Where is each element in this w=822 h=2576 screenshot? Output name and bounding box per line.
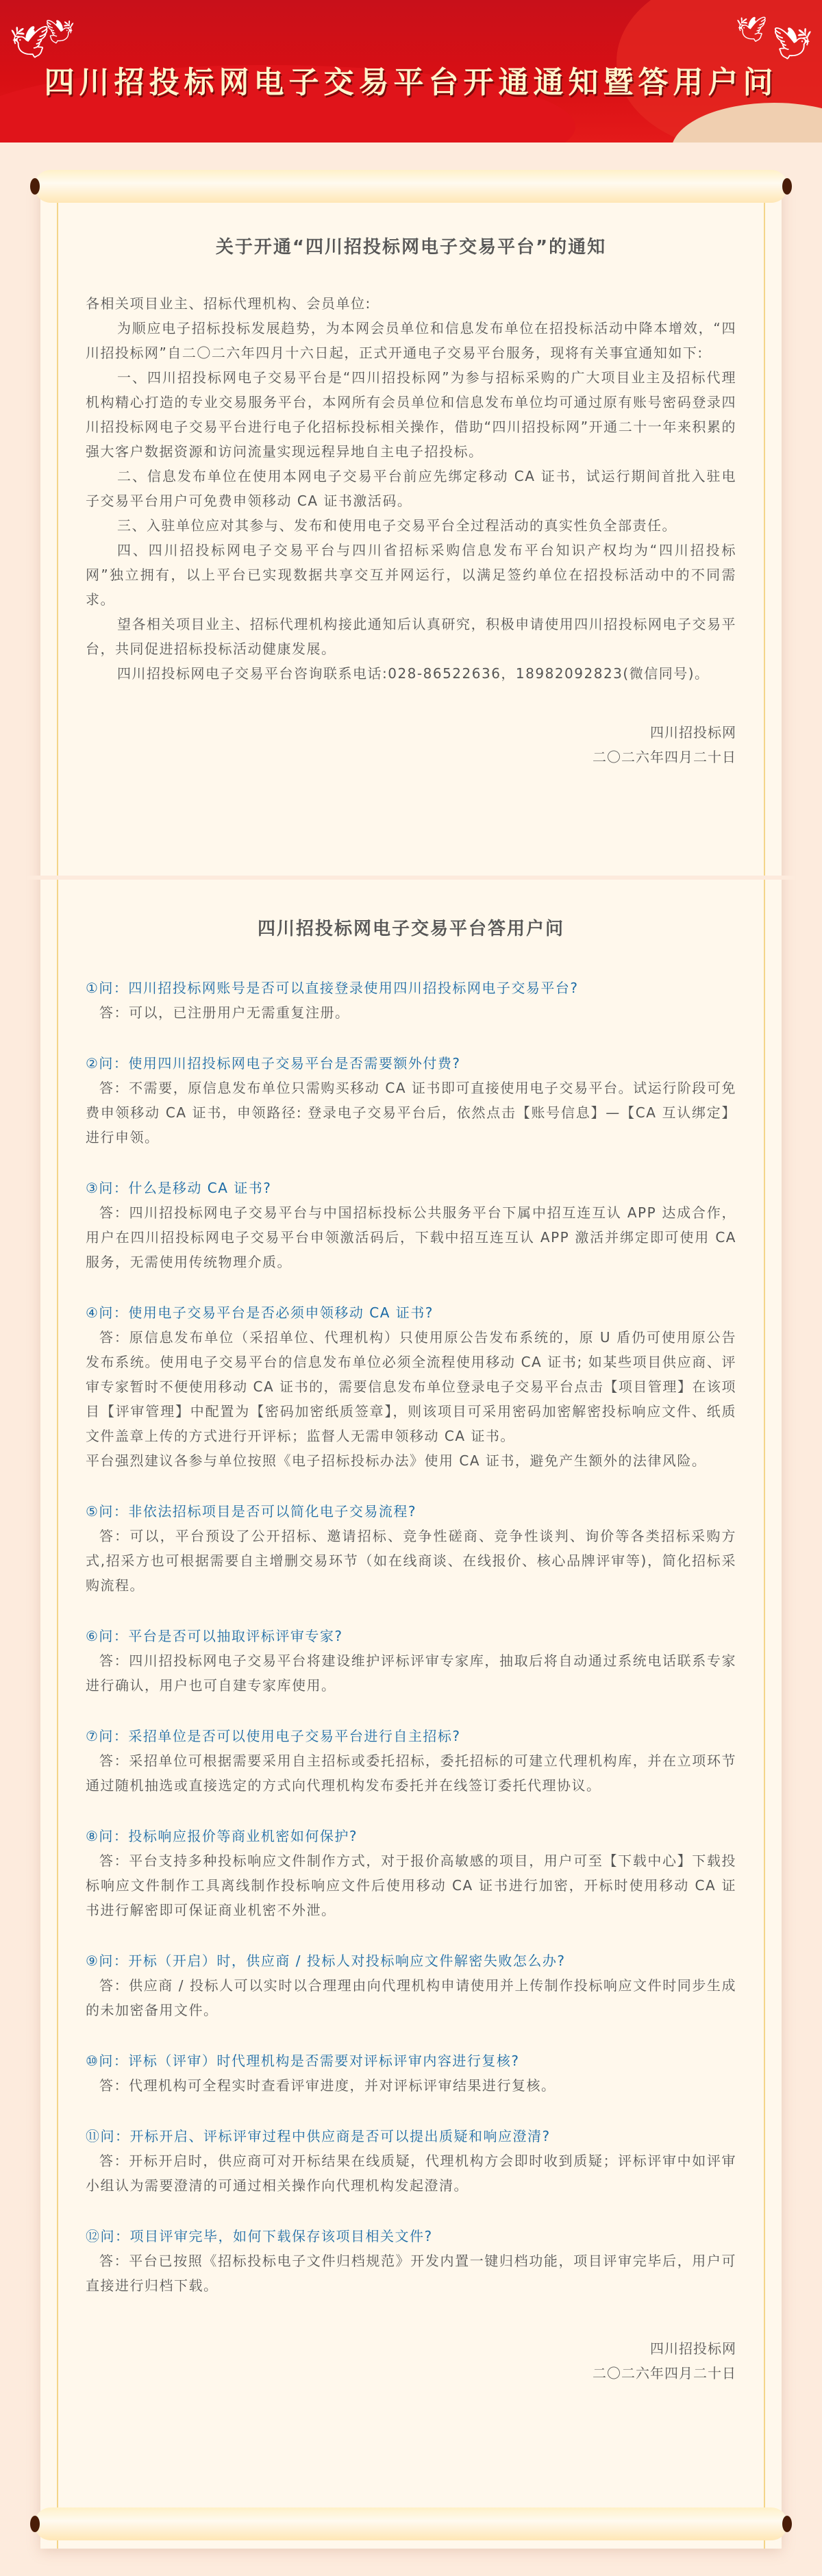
faq-answer: 答：不需要，原信息发布单位只需购买移动 CA 证书即可直接使用电子交易平台。试运… xyxy=(86,1076,736,1150)
faq-item: ①问：四川招投标网账号是否可以直接登录使用四川招投标网电子交易平台? 答：可以，… xyxy=(86,976,736,1025)
faq-answer: 答：代理机构可全程实时查看评审进度，并对评标评审结果进行复核。 xyxy=(86,2073,736,2098)
faq-title: 四川招投标网电子交易平台答用户问 xyxy=(86,915,736,940)
faq-question: ⑧问：投标响应报价等商业机密如何保护? xyxy=(86,1824,736,1848)
notice-paragraph: 二、信息发布单位在使用本网电子交易平台前应先绑定移动 CA 证书，试运行期间首批… xyxy=(86,464,736,513)
faq-answer: 答：开标开启时，供应商可对开标结果在线质疑，代理机构方会即时收到质疑；评标评审中… xyxy=(86,2148,736,2198)
faq-question: ⑨问：开标（开启）时，供应商 / 投标人对投标响应文件解密失败怎么办? xyxy=(86,1948,736,1973)
dove-icon: 🕊 xyxy=(45,21,75,44)
faq-signature: 四川招投标网 xyxy=(86,2336,736,2361)
faq-item: ⑥问：平台是否可以抽取评标评审专家? 答：四川招投标网电子交易平台将建设维护评标… xyxy=(86,1624,736,1698)
faq-item: ⑨问：开标（开启）时，供应商 / 投标人对投标响应文件解密失败怎么办? 答：供应… xyxy=(86,1948,736,2022)
faq-answer: 答：原信息发布单位（采招单位、代理机构）只使用原公告发布系统的，原 U 盾仍可使… xyxy=(86,1325,736,1448)
scroll-border-line xyxy=(57,185,58,2549)
faq-question: ⑥问：平台是否可以抽取评标评审专家? xyxy=(86,1624,736,1648)
faq-answer: 答：平台已按照《招标投标电子文件归档规范》开发内置一键归档功能，项目评审完毕后，… xyxy=(86,2249,736,2298)
scroll-roller-top xyxy=(34,170,788,203)
faq-question: ⑪问：开标开启、评标评审过程中供应商是否可以提出质疑和响应澄清? xyxy=(86,2124,736,2148)
faq-answer: 答：可以，已注册用户无需重复注册。 xyxy=(86,1000,736,1025)
roller-knob xyxy=(30,2516,40,2532)
notice-contact: 四川招投标网电子交易平台咨询联系电话:028-86522636，18982092… xyxy=(86,661,736,686)
roller-knob xyxy=(782,178,792,195)
faq-item: ⑪问：开标开启、评标评审过程中供应商是否可以提出质疑和响应澄清? 答：开标开启时… xyxy=(86,2124,736,2198)
faq-question: ⑤问：非依法招标项目是否可以简化电子交易流程? xyxy=(86,1499,736,1524)
faq-question: ③问：什么是移动 CA 证书? xyxy=(86,1176,736,1200)
scroll-roller-bottom xyxy=(34,2507,788,2540)
faq-question: ⑦问：采招单位是否可以使用电子交易平台进行自主招标? xyxy=(86,1724,736,1748)
faq-item: ⑦问：采招单位是否可以使用电子交易平台进行自主招标? 答：采招单位可根据需要采用… xyxy=(86,1724,736,1798)
notice-paragraph: 四、四川招投标网电子交易平台与四川省招标采购信息发布平台知识产权均为“四川招投标… xyxy=(86,538,736,612)
notice-paragraph: 一、四川招投标网电子交易平台是“四川招投标网”为参与招标采购的广大项目业主及招标… xyxy=(86,365,736,464)
faq-date: 二〇二六年四月二十日 xyxy=(86,2361,736,2386)
faq-item: ⑫问：项目评审完毕，如何下载保存该项目相关文件? 答：平台已按照《招标投标电子文… xyxy=(86,2224,736,2298)
dove-icon: 🕊 xyxy=(736,18,767,42)
banner-title: 四川招投标网电子交易平台开通通知暨答用户问 xyxy=(0,58,822,101)
faq-answer: 答：供应商 / 投标人可以实时以合理理由向代理机构申请使用并上传制作投标响应文件… xyxy=(86,1973,736,2022)
faq-answer-note: 平台强烈建议各参与单位按照《电子招标投标办法》使用 CA 证书，避免产生额外的法… xyxy=(86,1448,736,1473)
header-banner: 🕊 🕊 🕊 🕊 四川招投标网电子交易平台开通通知暨答用户问 xyxy=(0,0,822,143)
notice-salutation: 各相关项目业主、招标代理机构、会员单位: xyxy=(86,291,736,316)
notice-title: 关于开通“四川招投标网电子交易平台”的通知 xyxy=(86,233,736,258)
faq-item: ⑩问：评标（评审）时代理机构是否需要对评标评审内容进行复核? 答：代理机构可全程… xyxy=(86,2048,736,2098)
notice-paragraph: 望各相关项目业主、招标代理机构接此通知后认真研究，积极申请使用四川招投标网电子交… xyxy=(86,612,736,661)
faq-question: ①问：四川招投标网账号是否可以直接登录使用四川招投标网电子交易平台? xyxy=(86,976,736,1000)
dove-icon: 🕊 xyxy=(773,27,812,59)
section-divider xyxy=(27,876,795,880)
faq-question: ⑩问：评标（评审）时代理机构是否需要对评标评审内容进行复核? xyxy=(86,2048,736,2073)
faq-answer: 答：平台支持多种投标响应文件制作方式，对于报价高敏感的项目，用户可至【下载中心】… xyxy=(86,1848,736,1922)
faq-answer: 答：采招单位可根据需要采用自主招标或委托招标，委托招标的可建立代理机构库，并在立… xyxy=(86,1748,736,1798)
faq-answer: 答：四川招投标网电子交易平台与中国招标投标公共服务平台下属中招互连互认 APP … xyxy=(86,1200,736,1274)
faq-item: ⑤问：非依法招标项目是否可以简化电子交易流程? 答：可以，平台预设了公开招标、邀… xyxy=(86,1499,736,1598)
faq-answer: 答：可以，平台预设了公开招标、邀请招标、竞争性磋商、竞争性谈判、询价等各类招标采… xyxy=(86,1524,736,1598)
notice-section: 关于开通“四川招投标网电子交易平台”的通知 各相关项目业主、招标代理机构、会员单… xyxy=(86,233,736,769)
roller-knob xyxy=(30,178,40,195)
faq-item: ③问：什么是移动 CA 证书? 答：四川招投标网电子交易平台与中国招标投标公共服… xyxy=(86,1176,736,1274)
notice-signature: 四川招投标网 xyxy=(86,720,736,745)
faq-answer: 答：四川招投标网电子交易平台将建设维护评标评审专家库，抽取后将自动通过系统电话联… xyxy=(86,1648,736,1698)
faq-question: ②问：使用四川招投标网电子交易平台是否需要额外付费? xyxy=(86,1051,736,1076)
faq-question: ④问：使用电子交易平台是否必须申领移动 CA 证书? xyxy=(86,1300,736,1325)
faq-item: ②问：使用四川招投标网电子交易平台是否需要额外付费? 答：不需要，原信息发布单位… xyxy=(86,1051,736,1150)
faq-section: 四川招投标网电子交易平台答用户问 ①问：四川招投标网账号是否可以直接登录使用四川… xyxy=(86,915,736,2386)
faq-item: ⑧问：投标响应报价等商业机密如何保护? 答：平台支持多种投标响应文件制作方式，对… xyxy=(86,1824,736,1922)
dove-icon: 🕊 xyxy=(10,26,49,58)
notice-paragraph: 三、入驻单位应对其参与、发布和使用电子交易平台全过程活动的真实性负全部责任。 xyxy=(86,513,736,538)
notice-paragraph: 为顺应电子招标投标发展趋势，为本网会员单位和信息发布单位在招投标活动中降本增效，… xyxy=(86,316,736,365)
roller-knob xyxy=(782,2516,792,2532)
faq-question: ⑫问：项目评审完毕，如何下载保存该项目相关文件? xyxy=(86,2224,736,2249)
notice-date: 二〇二六年四月二十日 xyxy=(86,745,736,769)
faq-item: ④问：使用电子交易平台是否必须申领移动 CA 证书? 答：原信息发布单位（采招单… xyxy=(86,1300,736,1473)
scroll-border-line xyxy=(764,185,765,2549)
